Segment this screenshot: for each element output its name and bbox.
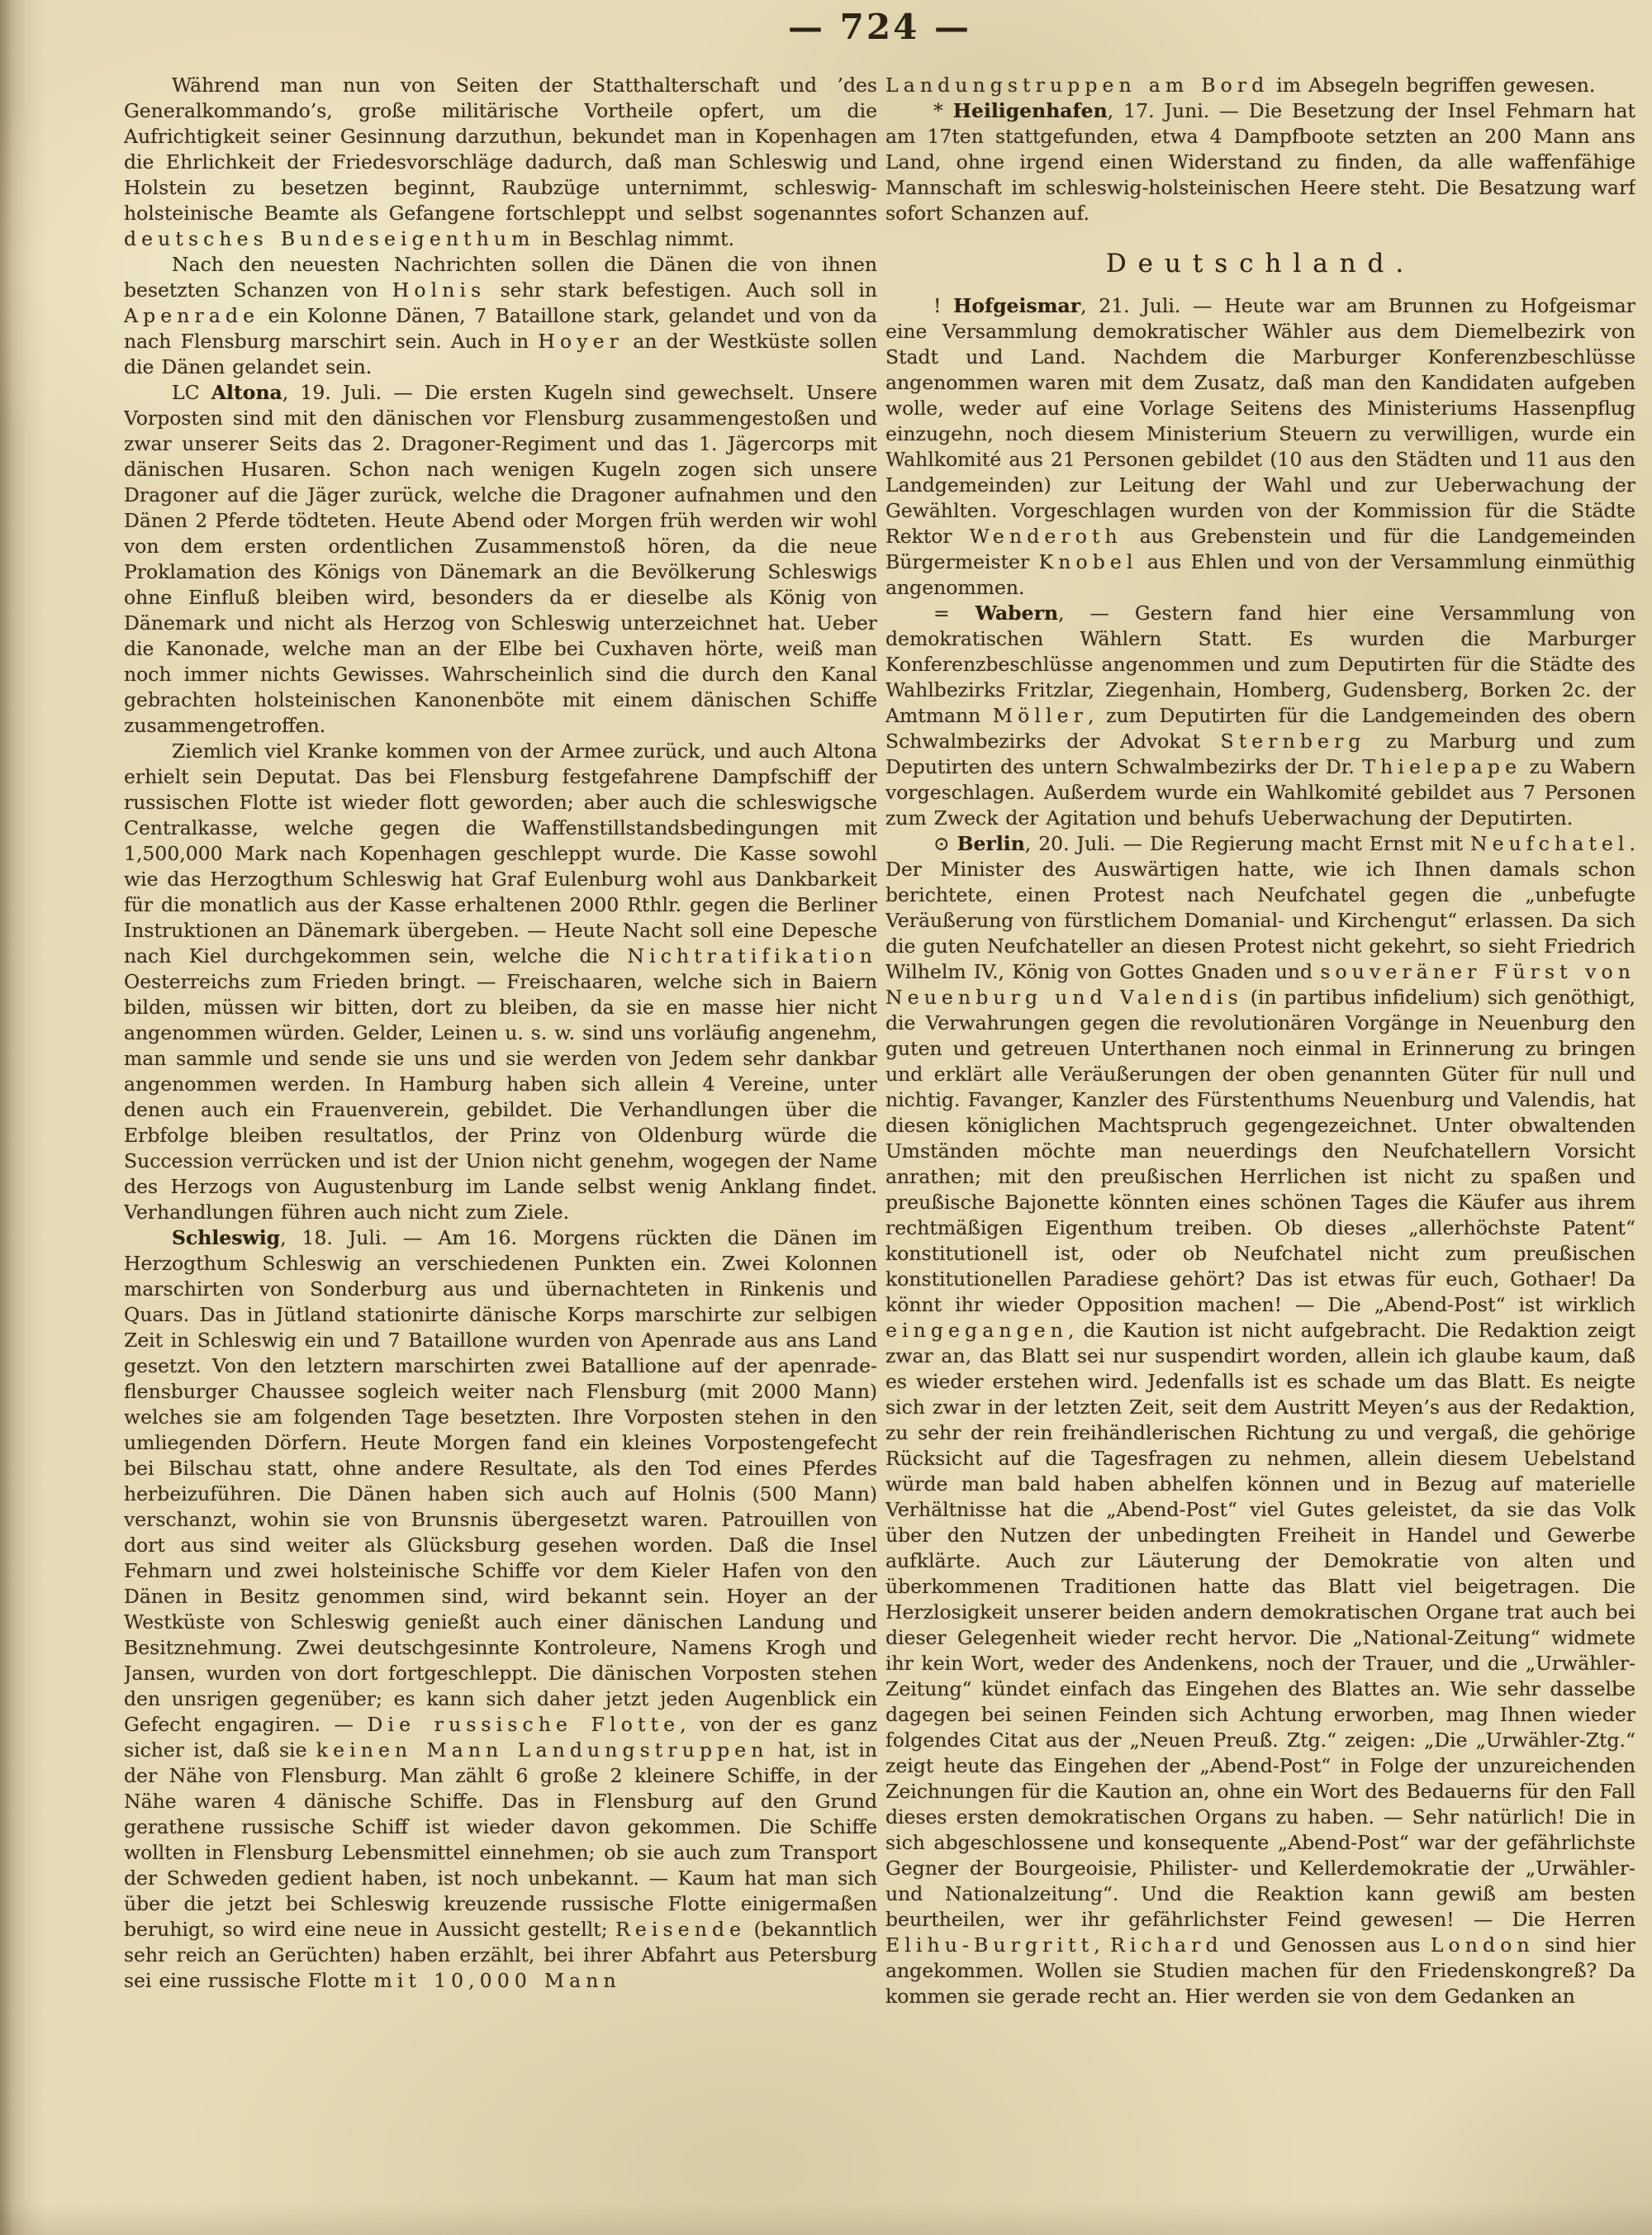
body-text: , 21. Juli. — Heute war am Brunnen zu Ho… bbox=[885, 294, 1635, 548]
body-text: ⊙ bbox=[933, 832, 957, 855]
body-text: , 18. Juli. — Am 16. Morgens rückten die… bbox=[124, 1226, 877, 1736]
body-text: im Absegeln begriffen gewesen. bbox=[1269, 74, 1595, 97]
emphasized-text: Möller bbox=[993, 704, 1088, 727]
body-text: hat, ist in der Nähe von Flensburg. Man … bbox=[124, 1738, 877, 1941]
body-text: * bbox=[933, 99, 953, 122]
emphasized-text: Nichtratifikation bbox=[627, 944, 877, 968]
dateline-place: Hofgeismar bbox=[953, 294, 1080, 317]
left-column: Während man nun von Seiten der Statthalt… bbox=[124, 73, 877, 2221]
article-wabern: = Wabern, — Gestern fand hier eine Versa… bbox=[885, 601, 1635, 831]
body-text: Ziemlich viel Kranke kommen von der Arme… bbox=[124, 739, 877, 968]
body-text: sehr stark befestigen. Auch soll in bbox=[486, 278, 877, 302]
body-text: , 19. Juli. — Die ersten Kugeln sind gew… bbox=[124, 381, 877, 737]
article-continuation: Landungstruppen am Bord im Absegeln begr… bbox=[885, 73, 1635, 98]
emphasized-text: mit 10,000 Mann bbox=[374, 1969, 621, 1992]
emphasized-text: Die russische Flotte bbox=[368, 1713, 681, 1736]
emphasized-text: London bbox=[1431, 1933, 1535, 1957]
article-kranke: Ziemlich viel Kranke kommen von der Arme… bbox=[124, 739, 877, 1225]
emphasized-text: Sternberg bbox=[1221, 730, 1366, 753]
emphasized-text: Neufchatel bbox=[1470, 832, 1630, 855]
body-text: = bbox=[933, 602, 976, 625]
article-altona: LC Altona, 19. Juli. — Die ersten Kugeln… bbox=[124, 380, 877, 739]
dateline-place: Heiligenhafen bbox=[953, 99, 1108, 122]
article-heiligenhafen: * Heiligenhafen, 17. Juni. — Die Besetzu… bbox=[885, 98, 1635, 226]
body-text: , die Kaution ist nicht aufgebracht. Die… bbox=[885, 1319, 1635, 1931]
body-text: LC bbox=[172, 381, 211, 404]
dateline-place: Schleswig bbox=[172, 1226, 280, 1249]
article-nachrichten: Nach den neuesten Nachrichten sollen die… bbox=[124, 252, 877, 380]
emphasized-text: Knobel bbox=[1039, 550, 1138, 573]
emphasized-text: Richard bbox=[1110, 1933, 1223, 1957]
article-berlin: ⊙ Berlin, 20. Juli. — Die Regierung mach… bbox=[885, 831, 1635, 2009]
body-text: Während man nun von Seiten der Statthalt… bbox=[124, 74, 877, 225]
emphasized-text: deutsches Bundeseigenthum bbox=[124, 227, 535, 250]
body-text: ! bbox=[933, 294, 953, 317]
dateline-place: Berlin bbox=[957, 832, 1025, 855]
emphasized-text: Reisende bbox=[615, 1918, 746, 1941]
body-text: (in partibus infidelium) sich genöthigt,… bbox=[885, 986, 1635, 1316]
body-text: , bbox=[1094, 1933, 1110, 1957]
emphasized-text: Thielepape bbox=[1362, 755, 1521, 778]
page-number: — 724 — bbox=[124, 7, 1635, 47]
article-statthalterschaft: Während man nun von Seiten der Statthalt… bbox=[124, 73, 877, 252]
right-column: Landungstruppen am Bord im Absegeln begr… bbox=[885, 73, 1635, 2221]
body-text: Deutschland. bbox=[1106, 249, 1415, 278]
emphasized-text: Holnis bbox=[392, 278, 487, 302]
article-hofgeismar: ! Hofgeismar, 21. Juli. — Heute war am B… bbox=[885, 293, 1635, 601]
emphasized-text: Landungstruppen am Bord bbox=[885, 74, 1269, 97]
dateline-place: Wabern bbox=[976, 602, 1058, 625]
dateline-place: Altona bbox=[211, 381, 282, 404]
newspaper-page: — 724 — Während man nun von Seiten der S… bbox=[0, 0, 1652, 2235]
body-text: Oesterreichs zum Frieden bringt. — Freis… bbox=[124, 970, 877, 1224]
emphasized-text: eingegangen bbox=[885, 1319, 1068, 1342]
emphasized-text: Elihu-Burgritt bbox=[885, 1933, 1094, 1957]
body-text: und Genossen aus bbox=[1223, 1933, 1431, 1957]
body-text: in Beschlag nimmt. bbox=[535, 227, 735, 250]
emphasized-text: Apenrade bbox=[124, 304, 259, 327]
emphasized-text: keinen Mann Landungstruppen bbox=[316, 1738, 769, 1762]
emphasized-text: Wenderoth bbox=[970, 525, 1123, 548]
article-schleswig: Schleswig, 18. Juli. — Am 16. Morgens rü… bbox=[124, 1225, 877, 1994]
emphasized-text: Hoyer bbox=[538, 330, 624, 353]
body-text: , 20. Juli. — Die Regierung macht Ernst … bbox=[1025, 832, 1470, 855]
section-heading-deutschland: Deutschland. bbox=[885, 251, 1635, 277]
